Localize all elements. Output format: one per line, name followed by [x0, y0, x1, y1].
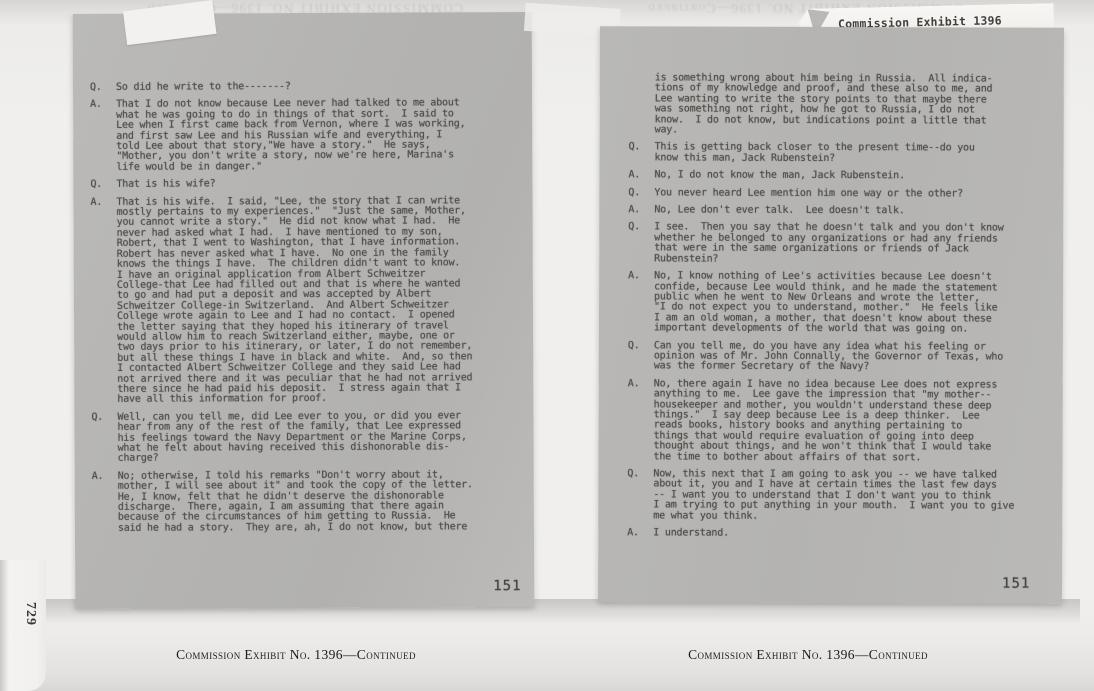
qa-label: A.	[628, 171, 654, 181]
qa-text: No, Lee don't ever talk. Lee doesn't tal…	[654, 205, 904, 216]
qa-block: A.No, there again I have no idea because…	[627, 379, 1062, 464]
stamp-page-number: 151	[1002, 576, 1030, 592]
qa-text: No; otherwise, I told his remarks "Don't…	[118, 470, 473, 534]
qa-label: Q.	[91, 413, 117, 465]
qa-text: So did he write to the-------?	[116, 82, 291, 93]
qa-label: Q.	[90, 180, 116, 191]
qa-text: is something wrong about him being in Ru…	[655, 73, 993, 137]
scanned-page-right: is something wrong about him being in Ru…	[598, 26, 1064, 604]
qa-label	[629, 73, 655, 136]
qa-text: Well, can you tell me, did Lee ever to y…	[117, 411, 466, 465]
qa-label: Q.	[629, 143, 655, 164]
qa-block: Q.This is getting back closer to the pre…	[629, 143, 1064, 165]
book-page-number: 729	[22, 592, 38, 636]
qa-block: Q.Well, can you tell me, did Lee ever to…	[91, 411, 533, 465]
qa-text: No, I do not know the man, Jack Rubenste…	[654, 171, 904, 182]
qa-text: No, there again I have no idea because L…	[653, 379, 997, 463]
qa-text: I understand.	[653, 528, 729, 539]
qa-label: A.	[627, 528, 653, 538]
typed-page: is something wrong about him being in Ru…	[598, 26, 1064, 540]
qa-label: A.	[91, 197, 118, 405]
qa-block: A.I understand.	[627, 528, 1062, 540]
qa-block: Q.I see. Then you say that he doesn't ta…	[628, 223, 1063, 266]
exhibit-caption-right: Commission Exhibit No. 1396—Continued	[672, 647, 944, 663]
qa-label: A.	[628, 205, 654, 215]
typed-page: Q.So did he write to the-------?A.That I…	[73, 12, 534, 534]
qa-block: is something wrong about him being in Ru…	[629, 73, 1064, 137]
qa-block: Q.So did he write to the-------?	[90, 81, 532, 93]
stamp-page-number: 151	[493, 578, 521, 594]
qa-block: A.No, Lee don't ever talk. Lee doesn't t…	[628, 205, 1063, 217]
qa-block: A.No; otherwise, I told his remarks "Don…	[92, 470, 534, 534]
qa-label: Q.	[90, 83, 116, 94]
qa-block: A.No, I do not know the man, Jack Rubens…	[628, 171, 1063, 183]
qa-text: No, I know nothing of Lee's activities b…	[654, 271, 998, 335]
qa-text: Can you tell me, do you have any idea wh…	[654, 341, 1003, 373]
qa-label: A.	[627, 379, 653, 462]
qa-text: That is his wife?	[116, 180, 215, 191]
qa-label: Q.	[628, 223, 654, 265]
qa-label: A.	[90, 100, 116, 173]
qa-block: Q.You never heard Lee mention him one wa…	[628, 188, 1063, 200]
qa-block: A.That I do not know because Lee never h…	[90, 98, 532, 173]
qa-block: Q.That is his wife?	[90, 178, 532, 190]
qa-block: A.No, I know nothing of Lee's activities…	[628, 271, 1063, 335]
qa-block: Q.Can you tell me, do you have any idea …	[628, 341, 1063, 374]
qa-label: A.	[628, 271, 654, 334]
qa-text: That is his wife. I said, "Lee, the stor…	[117, 196, 473, 406]
qa-label: Q.	[627, 469, 653, 521]
qa-text: I see. Then you say that he doesn't talk…	[654, 223, 1003, 266]
qa-label: A.	[92, 472, 118, 535]
book-scan: COMMISSION EXHIBIT NO. 1396—Continued CO…	[0, 0, 1094, 691]
qa-text: Now, this next that I am going to ask yo…	[653, 469, 1014, 522]
qa-label: Q.	[628, 341, 654, 372]
exhibit-caption-left: Commission Exhibit No. 1396—Continued	[150, 647, 442, 663]
qa-block: A.That is his wife. I said, "Lee, the st…	[91, 196, 534, 406]
qa-text: That I do not know because Lee never had…	[116, 99, 466, 173]
qa-block: Q.Now, this next that I am going to ask …	[627, 469, 1062, 523]
qa-text: You never heard Lee mention him one way …	[654, 188, 963, 199]
qa-label: Q.	[628, 188, 654, 198]
qa-text: This is getting back closer to the prese…	[655, 143, 975, 165]
scanned-page-left: Q.So did he write to the-------?A.That I…	[73, 12, 535, 609]
